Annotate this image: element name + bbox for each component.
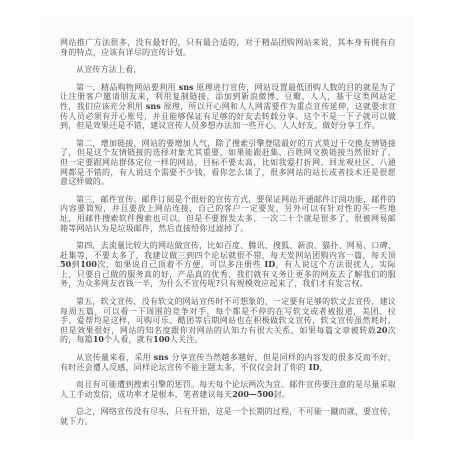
paragraph-point-2-links: 第二，增加链接，网站的要增加人气，除了搜索引擎登陆最好的方式莫过于交换友情链接了… xyxy=(60,139,396,187)
paragraph-point-1-sns: 第一，精品购物网站要利用 sns 原理进行宣传，网站设置最低团购人数的目的就是为… xyxy=(60,83,396,131)
document-canvas: 网站推广方法很多，没有最好的，只有最合适的，对于精品团购网站来说，其本身有拥有自… xyxy=(0,0,453,453)
paragraph-conclusion: 总之，网络宣传没有尽头，只有开始，这是一个长期的过程，不可能一蹴而就，要宣传，就… xyxy=(60,407,396,426)
document-text-block: 网站推广方法很多，没有最好的，只有最合适的，对于精品团购网站来说，其本身有拥有自… xyxy=(60,38,396,435)
paragraph-point-5-softarticles: 第五，软文宣传，没有软文的网站宣传时不可想象的，一定要有足够的软文去宣传，建议每… xyxy=(60,297,396,345)
paragraph-section-heading: 从宣传方法上看， xyxy=(60,65,396,75)
paragraph-frequency-note: 而且有可能遭到搜索引擎的惩罚。每天每个论坛两次为宜。邮件宣传要注意的是尽量采取人… xyxy=(60,380,396,399)
paragraph-intro: 网站推广方法很多，没有最好的，只有最合适的，对于精品团购网站来说，其本身有拥有自… xyxy=(60,38,396,57)
paragraph-volume-note: 从宣传量来看，采用 sns 分享宣传当然越多越好，但是同样的内容发的很多反而不好… xyxy=(60,353,396,372)
paragraph-point-3-email: 第三，邮件宣传。邮件订阅是个很好的宣传方式，要保证网站开通邮件订阅功能，邮件的内… xyxy=(60,195,396,233)
paragraph-point-4-forums: 第四，去流量比较大的网站做宣传，比如百度、腾讯、搜狐、新浪、猫扑、网易、口碑、赶… xyxy=(60,241,396,289)
